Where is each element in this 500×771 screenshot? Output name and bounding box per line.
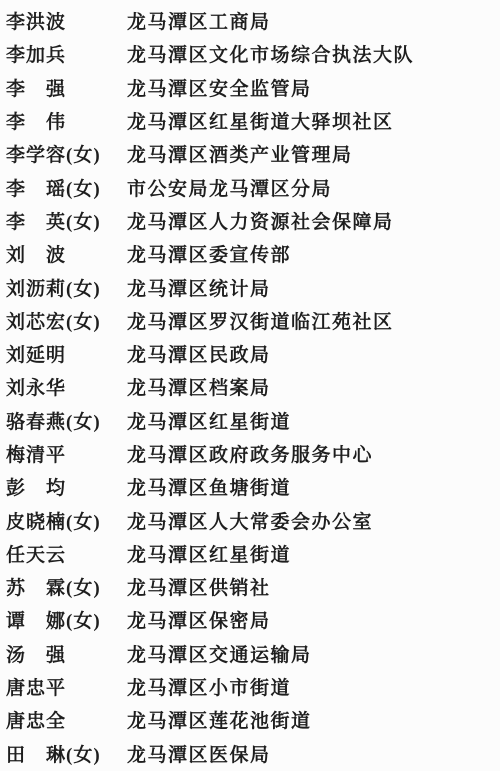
person-name: 李 伟 <box>6 107 127 134</box>
person-name: 骆春燕(女) <box>6 407 127 434</box>
table-row: 刘沥莉(女) 龙马潭区统计局 <box>6 270 492 303</box>
person-name: 刘永华 <box>6 373 127 400</box>
person-name: 李学容(女) <box>6 140 127 167</box>
organization-name: 龙马潭区委宣传部 <box>127 240 492 267</box>
table-row: 李加兵 龙马潭区文化市场综合执法大队 <box>6 37 492 70</box>
table-row: 彭 均 龙马潭区鱼塘街道 <box>6 470 492 503</box>
organization-name: 龙马潭区保密局 <box>127 606 492 633</box>
person-name: 李洪波 <box>6 7 127 34</box>
organization-name: 龙马潭区红星街道大驿坝社区 <box>127 107 492 134</box>
person-name: 皮晓楠(女) <box>6 507 127 534</box>
table-row: 梅清平 龙马潭区政府政务服务中心 <box>6 437 492 470</box>
table-row: 李 伟 龙马潭区红星街道大驿坝社区 <box>6 104 492 137</box>
organization-name: 龙马潭区政府政务服务中心 <box>127 440 492 467</box>
person-name: 李 瑶(女) <box>6 174 127 201</box>
organization-name: 龙马潭区供销社 <box>127 573 492 600</box>
organization-name: 龙马潭区酒类产业管理局 <box>127 140 492 167</box>
person-name: 苏 霖(女) <box>6 573 127 600</box>
document-page: 李洪波 龙马潭区工商局 李加兵 龙马潭区文化市场综合执法大队 李 强 龙马潭区安… <box>0 0 500 771</box>
person-name: 李 英(女) <box>6 207 127 234</box>
person-name: 刘芯宏(女) <box>6 307 127 334</box>
table-row: 李 英(女) 龙马潭区人力资源社会保障局 <box>6 204 492 237</box>
table-row: 李 强 龙马潭区安全监管局 <box>6 71 492 104</box>
table-row: 刘芯宏(女) 龙马潭区罗汉街道临江苑社区 <box>6 304 492 337</box>
table-row: 李洪波 龙马潭区工商局 <box>6 4 492 37</box>
table-row: 唐忠平 龙马潭区小市街道 <box>6 670 492 703</box>
person-name: 李加兵 <box>6 40 127 67</box>
person-name: 彭 均 <box>6 473 127 500</box>
person-name: 唐忠平 <box>6 673 127 700</box>
name-org-roster: 李洪波 龙马潭区工商局 李加兵 龙马潭区文化市场综合执法大队 李 强 龙马潭区安… <box>6 4 492 770</box>
table-row: 李 瑶(女) 市公安局龙马潭区分局 <box>6 170 492 203</box>
organization-name: 龙马潭区小市街道 <box>127 673 492 700</box>
organization-name: 龙马潭区民政局 <box>127 340 492 367</box>
person-name: 谭 娜(女) <box>6 606 127 633</box>
organization-name: 龙马潭区文化市场综合执法大队 <box>127 40 492 67</box>
organization-name: 龙马潭区安全监管局 <box>127 74 492 101</box>
person-name: 任天云 <box>6 540 127 567</box>
person-name: 汤 强 <box>6 640 127 667</box>
table-row: 李学容(女) 龙马潭区酒类产业管理局 <box>6 137 492 170</box>
person-name: 田 琳(女) <box>6 740 127 767</box>
organization-name: 龙马潭区莲花池街道 <box>127 706 492 733</box>
organization-name: 龙马潭区医保局 <box>127 740 492 767</box>
person-name: 刘沥莉(女) <box>6 274 127 301</box>
organization-name: 龙马潭区罗汉街道临江苑社区 <box>127 307 492 334</box>
table-row: 刘 波 龙马潭区委宣传部 <box>6 237 492 270</box>
table-row: 任天云 龙马潭区红星街道 <box>6 537 492 570</box>
table-row: 汤 强 龙马潭区交通运输局 <box>6 637 492 670</box>
table-row: 刘延明 龙马潭区民政局 <box>6 337 492 370</box>
organization-name: 龙马潭区鱼塘街道 <box>127 473 492 500</box>
organization-name: 龙马潭区红星街道 <box>127 407 492 434</box>
person-name: 刘 波 <box>6 240 127 267</box>
table-row: 谭 娜(女) 龙马潭区保密局 <box>6 603 492 636</box>
organization-name: 龙马潭区档案局 <box>127 373 492 400</box>
organization-name: 龙马潭区红星街道 <box>127 540 492 567</box>
person-name: 刘延明 <box>6 340 127 367</box>
person-name: 唐忠全 <box>6 706 127 733</box>
person-name: 李 强 <box>6 74 127 101</box>
organization-name: 市公安局龙马潭区分局 <box>127 174 492 201</box>
table-row: 苏 霖(女) 龙马潭区供销社 <box>6 570 492 603</box>
table-row: 田 琳(女) 龙马潭区医保局 <box>6 737 492 770</box>
person-name: 梅清平 <box>6 440 127 467</box>
organization-name: 龙马潭区统计局 <box>127 274 492 301</box>
table-row: 唐忠全 龙马潭区莲花池街道 <box>6 703 492 736</box>
table-row: 刘永华 龙马潭区档案局 <box>6 370 492 403</box>
organization-name: 龙马潭区交通运输局 <box>127 640 492 667</box>
table-row: 皮晓楠(女) 龙马潭区人大常委会办公室 <box>6 503 492 536</box>
organization-name: 龙马潭区工商局 <box>127 7 492 34</box>
organization-name: 龙马潭区人大常委会办公室 <box>127 507 492 534</box>
table-row: 骆春燕(女) 龙马潭区红星街道 <box>6 404 492 437</box>
organization-name: 龙马潭区人力资源社会保障局 <box>127 207 492 234</box>
